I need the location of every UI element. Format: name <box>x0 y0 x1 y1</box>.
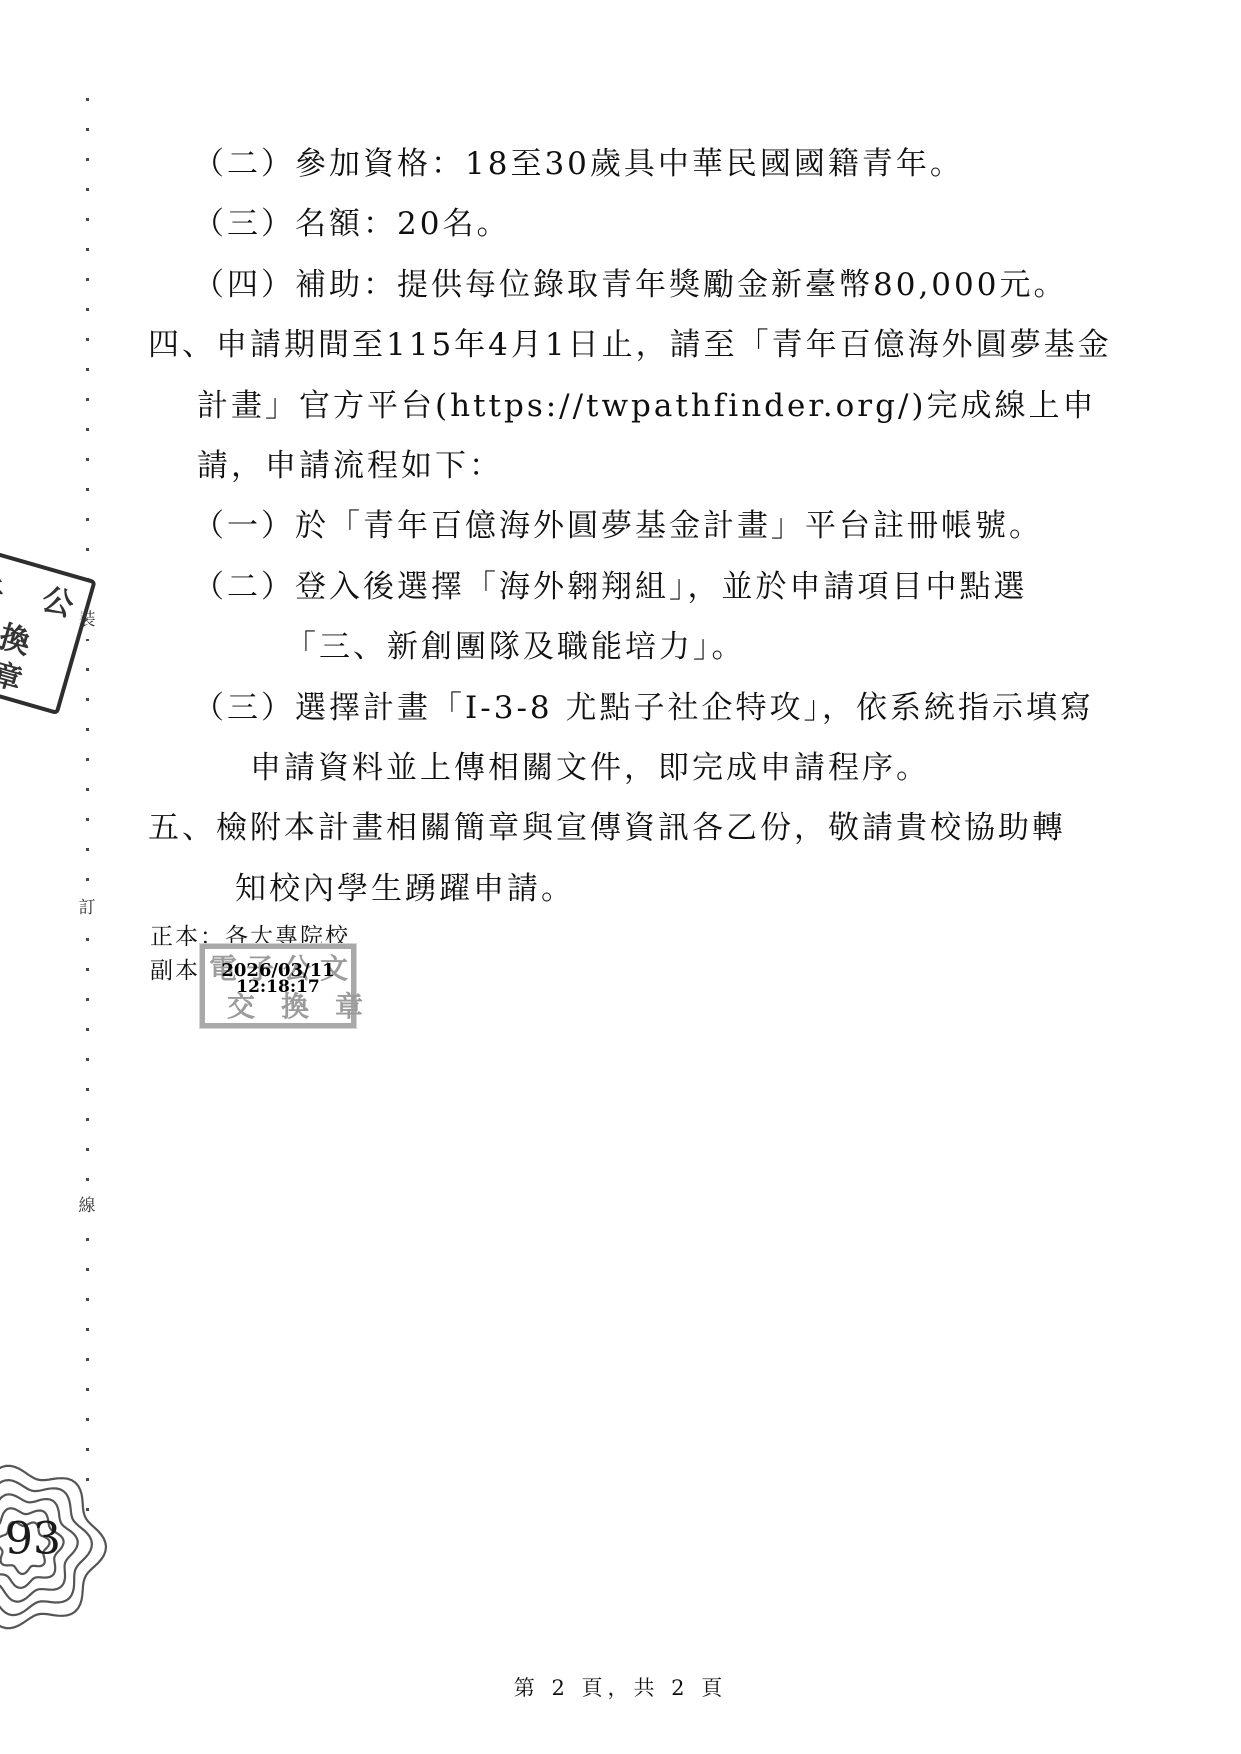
binding-mark-ding: 訂 <box>74 884 100 927</box>
stamp-char-zhang: 章 <box>0 652 27 699</box>
doc-line: 申請資料並上傳相關文件，即完成申請程序。 <box>250 742 930 787</box>
doc-line: 四、申請期間至115年4月1日止，請至「青年百億海外圓夢基金 <box>148 319 1112 364</box>
doc-line: 知校內學生踴躍申請。 <box>235 863 575 908</box>
doc-line: （四）補助：提供每位錄取青年獎勵金新臺幣80,000元。 <box>193 259 1067 304</box>
page-footer: 第 2 頁，共 2 頁 <box>0 1672 1241 1702</box>
doc-line: 計畫」官方平台(https://twpathfinder.org/)完成線上申 <box>197 380 1096 425</box>
document-page: 裝 訂 線 子 公 換 章 （二）參加資格：18至30歲具中華民國國籍青年。（三… <box>0 0 1241 1754</box>
doc-line: （二）參加資格：18至30歲具中華民國國籍青年。 <box>193 138 964 183</box>
binding-mark-xian: 線 <box>74 1182 100 1225</box>
doc-line: （二）登入後選擇「海外翱翔組」，並於申請項目中點選 <box>193 561 1028 606</box>
electronic-exchange-stamp: 電子公文 交換章 2026/03/11 12:18:17 <box>200 944 356 1028</box>
doc-line: 「三、新創團隊及職能培力」。 <box>285 621 746 666</box>
doc-line: （一）於「青年百億海外圓夢基金計畫」平台註冊帳號。 <box>193 500 1043 545</box>
doc-line: 五、檢附本計畫相關簡章與宣傳資訊各乙份，敬請貴校協助轉 <box>148 802 1066 847</box>
exchange-stamp-time: 12:18:17 <box>205 977 351 997</box>
doc-line: （三）名額：20名。 <box>193 198 510 243</box>
page-seal-number: 93 <box>5 1514 61 1565</box>
stamp-char-gong: 公 <box>38 573 80 625</box>
page-number-seal: 93 <box>0 1462 108 1632</box>
exchange-stamp-partial: 子 公 換 章 <box>0 545 97 715</box>
binding-dotted-line <box>86 98 89 1534</box>
stamp-char-zi: 子 <box>0 562 8 616</box>
doc-line: 請，申請流程如下： <box>197 440 503 485</box>
doc-line: （三）選擇計畫「I-3-8 尤點子社企特攻」，依系統指示填寫 <box>193 682 1094 727</box>
